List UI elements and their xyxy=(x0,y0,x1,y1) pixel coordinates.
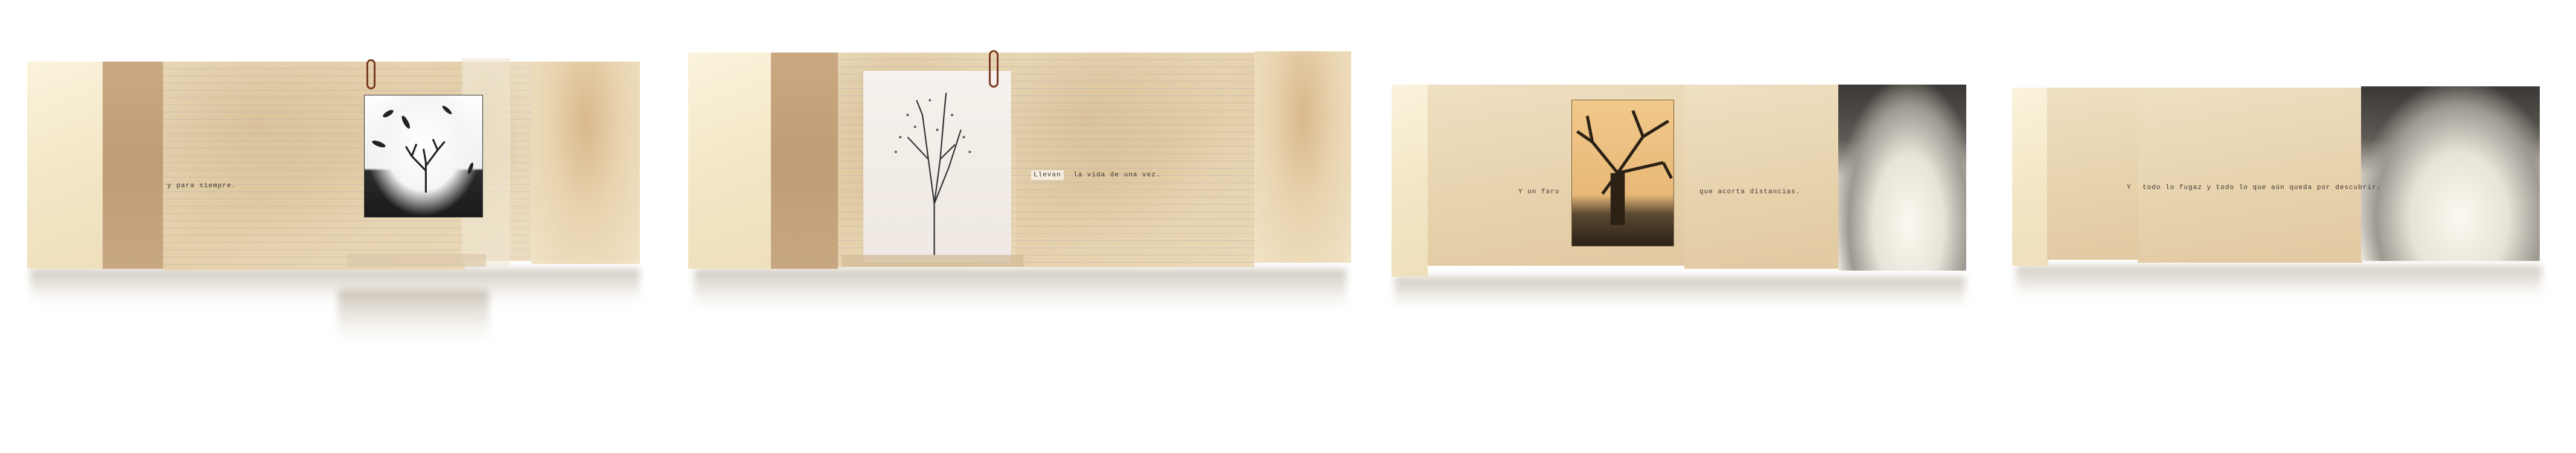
panel-1-shadow-tail xyxy=(338,290,489,344)
panel-3-shadow xyxy=(1395,277,1965,310)
typed-caption-left: Y xyxy=(2127,184,2132,191)
typed-caption-highlight: Llevan xyxy=(1031,170,1064,180)
book-panel-3: Y un faro que acorta distancias. xyxy=(1392,85,1966,277)
cream-endpaper xyxy=(688,53,771,269)
stained-strip xyxy=(2047,88,2138,260)
book-panel-4: Y todo lo fugaz y todo lo que aún queda … xyxy=(2012,86,2540,266)
book-panel-2: Llevan la vida de una vez. xyxy=(688,53,1351,269)
ruled-page-right xyxy=(1016,53,1254,267)
typed-caption-left: Y un faro xyxy=(1518,188,1559,196)
stained-page xyxy=(2138,88,2362,263)
panel-2-shadow xyxy=(694,269,1346,311)
vellum-tree-drawing xyxy=(863,71,1011,263)
stained-page-right xyxy=(1684,85,1838,269)
stained-back-page xyxy=(1254,51,1351,263)
cream-endpaper xyxy=(1392,85,1428,277)
panel-4-shadow xyxy=(2016,266,2542,299)
panel-1-shadow xyxy=(30,269,640,305)
paperclip-icon xyxy=(989,50,999,88)
kraft-strip xyxy=(771,53,838,269)
cream-endpaper xyxy=(2012,88,2048,266)
bare-tree-photo xyxy=(364,95,483,217)
book-panel-1: y para siempre. xyxy=(27,62,640,269)
old-oak-tree-photo xyxy=(1571,100,1674,246)
torn-tape xyxy=(347,254,486,267)
kraft-strip xyxy=(103,62,163,269)
torn-tape xyxy=(842,255,1023,267)
paperclip-icon xyxy=(366,59,376,89)
bed-sheets-photo xyxy=(1838,85,1966,271)
typed-caption: y para siempre. xyxy=(167,182,236,190)
typed-caption-right: que acorta distancias. xyxy=(1699,188,1800,196)
cream-endpaper xyxy=(27,62,103,269)
bed-sheets-photo xyxy=(2361,86,2540,261)
stained-back-page xyxy=(531,62,640,264)
typed-caption: todo lo fugaz y todo lo que aún queda po… xyxy=(2143,184,2381,191)
typed-caption: la vida de una vez. xyxy=(1073,172,1160,179)
